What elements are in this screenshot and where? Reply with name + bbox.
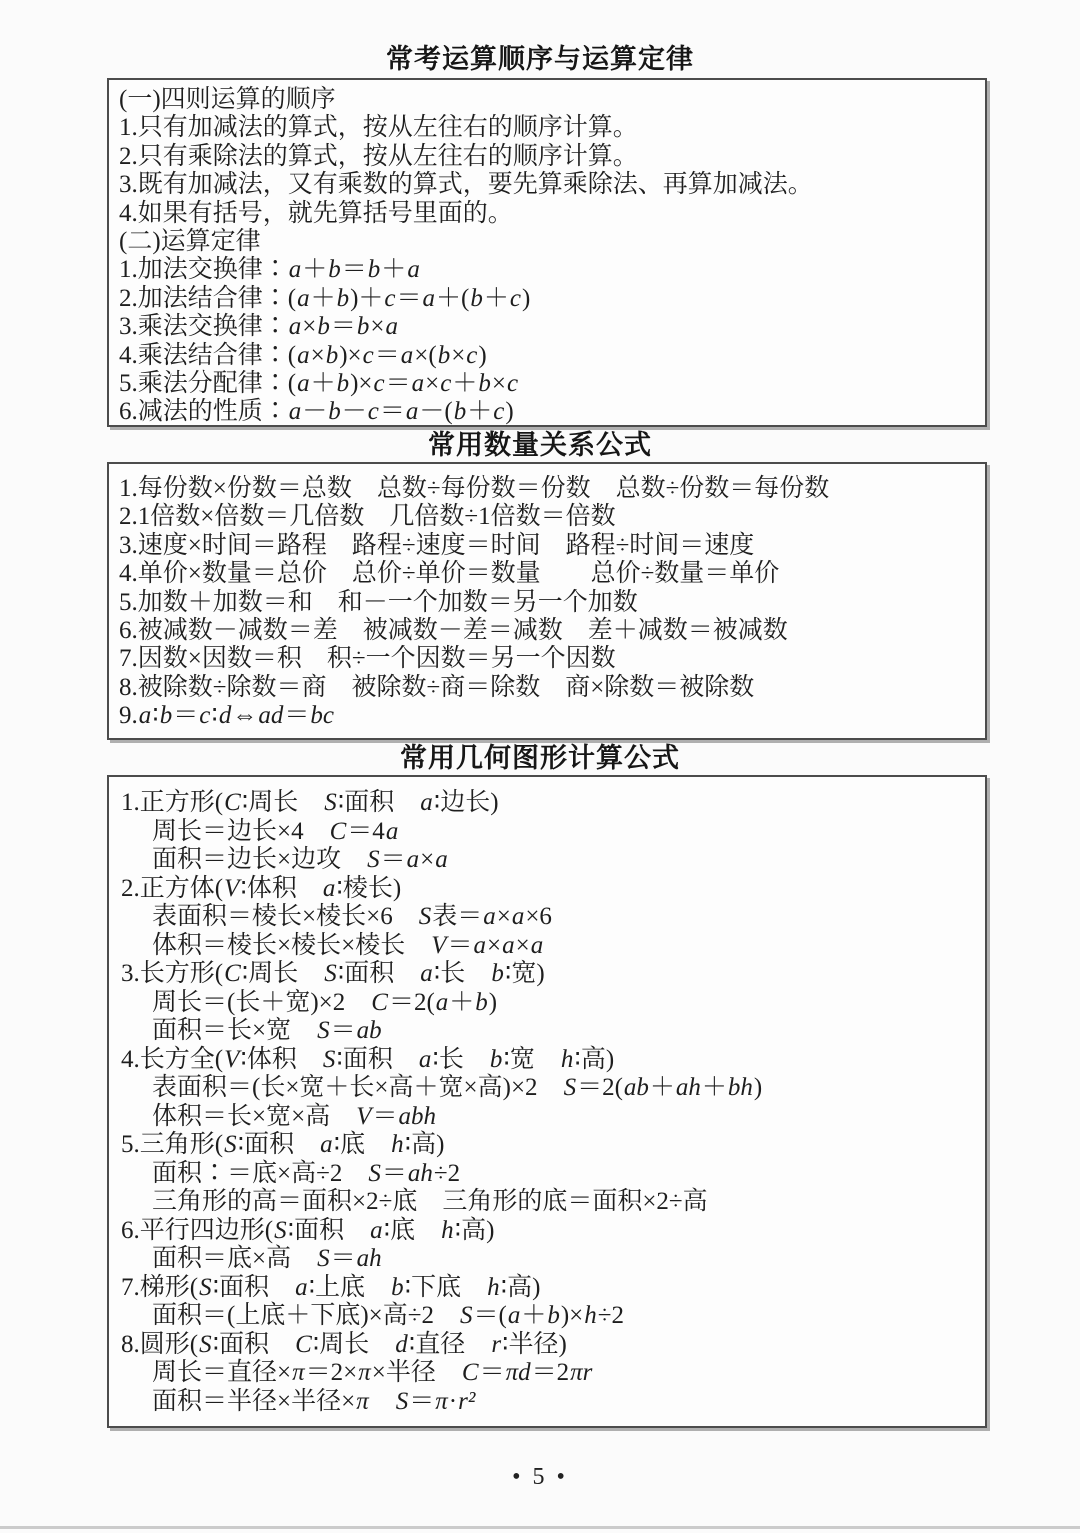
formula-line: 面积∶＝底×高÷2 S＝ah÷2 <box>152 1160 979 1189</box>
text-line: 1.只有加减法的算式，按从左往右的顺序计算。 <box>119 114 979 142</box>
formula-line: 9.a∶b＝c∶d⇔ad＝bc <box>119 702 979 730</box>
formula-line: 5.乘法分配律∶(a＋b)×c＝a×c＋b×c <box>119 370 979 398</box>
formula-line: 面积＝边长×边攻 S＝a×a <box>152 846 979 875</box>
formula-line: 6.减法的性质∶a－b－c＝a－(b＋c) <box>119 398 979 426</box>
formula-line: 周长＝边长×4 C＝4a <box>152 818 979 847</box>
section-title-geometry-formulas: 常用几何图形计算公式 <box>0 741 1080 775</box>
text-line: 3.既有加减法，又有乘数的算式，要先算乘除法、再算加减法。 <box>119 171 979 199</box>
item-head: 6.平行四边形(S∶面积 a∶底 h∶高) <box>121 1217 979 1246</box>
formula-line: 体积＝长×宽×高 V＝abh <box>152 1103 979 1132</box>
section-title-quantity-relations: 常用数量关系公式 <box>0 428 1080 462</box>
page-bottom-rule <box>0 1526 1080 1529</box>
formula-line: 3.速度×时间＝路程 路程÷速度＝时间 路程÷时间＝速度 <box>119 532 979 560</box>
formula-line: 周长＝(长＋宽)×2 C＝2(a＋b) <box>152 989 979 1018</box>
formula-line: 7.因数×因数＝积 积÷一个因数＝另一个因数 <box>119 645 979 673</box>
formula-line: 面积＝半径×半径×π S＝π·r² <box>152 1388 979 1417</box>
formula-line: 2.1倍数×倍数＝几倍数 几倍数÷1倍数＝倍数 <box>119 503 979 531</box>
text-line: (二)运算定律 <box>119 228 979 256</box>
item-head: 4.长方全(V∶体积 S∶面积 a∶长 b∶宽 h∶高) <box>121 1046 979 1075</box>
formula-line: 1.每份数×份数＝总数 总数÷每份数＝份数 总数÷份数＝每份数 <box>119 475 979 503</box>
section-title-operation-order: 常考运算顺序与运算定律 <box>0 42 1080 76</box>
item-head: 1.正方形(C∶周长 S∶面积 a∶边长) <box>121 789 979 818</box>
formula-line: 6.被减数－减数＝差 被减数－差＝减数 差＋减数＝被减数 <box>119 617 979 645</box>
formula-line: 3.乘法交换律∶a×b＝b×a <box>119 313 979 341</box>
operation-order-box: (一)四则运算的顺序 1.只有加减法的算式，按从左往右的顺序计算。 2.只有乘除… <box>107 78 987 427</box>
formula-line: 4.乘法结合律∶(a×b)×c＝a×(b×c) <box>119 342 979 370</box>
text-line: 2.只有乘除法的算式，按从左往右的顺序计算。 <box>119 143 979 171</box>
formula-line: 面积＝长×宽 S＝ab <box>152 1017 979 1046</box>
formula-line: 周长＝直径×π＝2×π×半径 C＝πd＝2πr <box>152 1359 979 1388</box>
item-head: 2.正方体(V∶体积 a∶棱长) <box>121 875 979 904</box>
text-line: 4.如果有括号，就先算括号里面的。 <box>119 200 979 228</box>
formula-line: 表面积＝(长×宽＋长×高＋宽×高)×2 S＝2(ab＋ah＋bh) <box>152 1074 979 1103</box>
formula-line: 5.加数＋加数＝和 和－一个加数＝另一个加数 <box>119 589 979 617</box>
item-head: 7.梯形(S∶面积 a∶上底 b∶下底 h∶高) <box>121 1274 979 1303</box>
formula-line: 8.被除数÷除数＝商 被除数÷商＝除数 商×除数＝被除数 <box>119 674 979 702</box>
formula-line: 4.单价×数量＝总价 总价÷单价＝数量 总价÷数量＝单价 <box>119 560 979 588</box>
geometry-formulas-box: 1.正方形(C∶周长 S∶面积 a∶边长) 周长＝边长×4 C＝4a 面积＝边长… <box>107 775 987 1428</box>
page-number: • 5 • <box>0 1462 1080 1492</box>
formula-line: 三角形的高＝面积×2÷底 三角形的底＝面积×2÷高 <box>152 1188 979 1217</box>
item-head: 3.长方形(C∶周长 S∶面积 a∶长 b∶宽) <box>121 960 979 989</box>
item-head: 8.圆形(S∶面积 C∶周长 d∶直径 r∶半径) <box>121 1331 979 1360</box>
item-head: 5.三角形(S∶面积 a∶底 h∶高) <box>121 1131 979 1160</box>
quantity-relations-box: 1.每份数×份数＝总数 总数÷每份数＝份数 总数÷份数＝每份数 2.1倍数×倍数… <box>107 462 987 740</box>
formula-line: 1.加法交换律∶a＋b＝b＋a <box>119 256 979 284</box>
formula-line: 面积＝底×高 S＝ah <box>152 1245 979 1274</box>
scanned-page: 常考运算顺序与运算定律 (一)四则运算的顺序 1.只有加减法的算式，按从左往右的… <box>0 0 1080 1533</box>
formula-line: 2.加法结合律∶(a＋b)＋c＝a＋(b＋c) <box>119 285 979 313</box>
text-line: (一)四则运算的顺序 <box>119 86 979 114</box>
formula-line: 表面积＝棱长×棱长×6 S表＝a×a×6 <box>152 903 979 932</box>
formula-line: 体积＝棱长×棱长×棱长 V＝a×a×a <box>152 932 979 961</box>
formula-line: 面积＝(上底＋下底)×高÷2 S＝(a＋b)×h÷2 <box>152 1302 979 1331</box>
